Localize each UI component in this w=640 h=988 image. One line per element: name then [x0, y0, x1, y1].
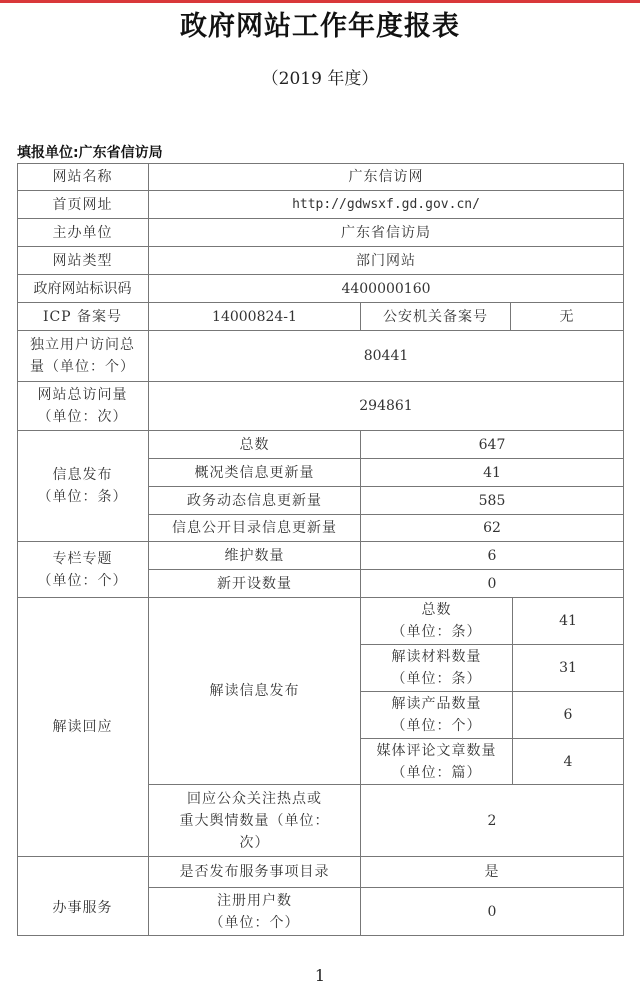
public-response-label: 回应公众关注热点或重大舆情数量（单位：次）	[149, 785, 361, 857]
interpretation-label: 解读回应	[17, 598, 149, 857]
icp-value: 14000824-1	[149, 303, 361, 331]
report-year: （2019 年度）	[0, 64, 640, 89]
service-catalog-value: 是	[361, 857, 624, 888]
site-id-label: 政府网站标识码	[17, 275, 149, 303]
disclosure-updates-label: 信息公开目录信息更新量	[149, 515, 361, 542]
overview-updates-value: 41	[361, 459, 624, 487]
police-record-label: 公安机关备案号	[361, 303, 511, 331]
page-title: 政府网站工作年度报表	[0, 4, 640, 43]
columns-new-value: 0	[361, 570, 624, 598]
news-updates-label: 政务动态信息更新量	[149, 487, 361, 515]
columns-new-label: 新开设数量	[149, 570, 361, 598]
police-record-value: 无	[511, 303, 624, 331]
interp-products-label: 解读产品数量（单位：个）	[361, 692, 513, 739]
total-visits-label: 网站总访问量（单位：次）	[17, 382, 149, 431]
interp-media-label: 媒体评论文章数量（单位：篇）	[361, 739, 513, 785]
homepage-url[interactable]: http://gdwsxf.gd.gov.cn/	[149, 191, 624, 219]
site-id-value: 4400000160	[149, 275, 624, 303]
info-release-label: 信息发布（单位：条）	[17, 431, 149, 542]
overview-updates-label: 概况类信息更新量	[149, 459, 361, 487]
interp-total-value: 41	[513, 598, 624, 645]
host-unit-value: 广东省信访局	[149, 219, 624, 247]
site-type-value: 部门网站	[149, 247, 624, 275]
host-unit-label: 主办单位	[17, 219, 149, 247]
columns-label: 专栏专题（单位：个）	[17, 542, 149, 598]
top-accent-bar	[0, 0, 640, 3]
columns-maintained-label: 维护数量	[149, 542, 361, 570]
page-number: 1	[0, 966, 640, 985]
info-release-total-value: 647	[361, 431, 624, 459]
news-updates-value: 585	[361, 487, 624, 515]
info-release-total-label: 总数	[149, 431, 361, 459]
service-catalog-label: 是否发布服务事项目录	[149, 857, 361, 888]
interp-materials-value: 31	[513, 645, 624, 692]
site-name-value: 广东信访网	[149, 163, 624, 191]
site-type-label: 网站类型	[17, 247, 149, 275]
unique-visitors-label: 独立用户访问总量（单位：个）	[17, 331, 149, 382]
site-name-label: 网站名称	[17, 163, 149, 191]
interp-total-label: 总数（单位：条）	[361, 598, 513, 645]
columns-maintained-value: 6	[361, 542, 624, 570]
registered-users-label: 注册用户数（单位：个）	[149, 888, 361, 936]
registered-users-value: 0	[361, 888, 624, 936]
public-response-value: 2	[361, 785, 624, 857]
interpretation-release-label: 解读信息发布	[149, 598, 361, 785]
interp-media-value: 4	[513, 739, 624, 785]
homepage-label: 首页网址	[17, 191, 149, 219]
services-label: 办事服务	[17, 857, 149, 936]
unique-visitors-value: 80441	[149, 331, 624, 382]
disclosure-updates-value: 62	[361, 515, 624, 542]
total-visits-value: 294861	[149, 382, 624, 431]
interp-products-value: 6	[513, 692, 624, 739]
icp-label: ICP 备案号	[17, 303, 149, 331]
interp-materials-label: 解读材料数量（单位：条）	[361, 645, 513, 692]
reporting-unit: 填报单位:广东省信访局	[17, 142, 163, 162]
